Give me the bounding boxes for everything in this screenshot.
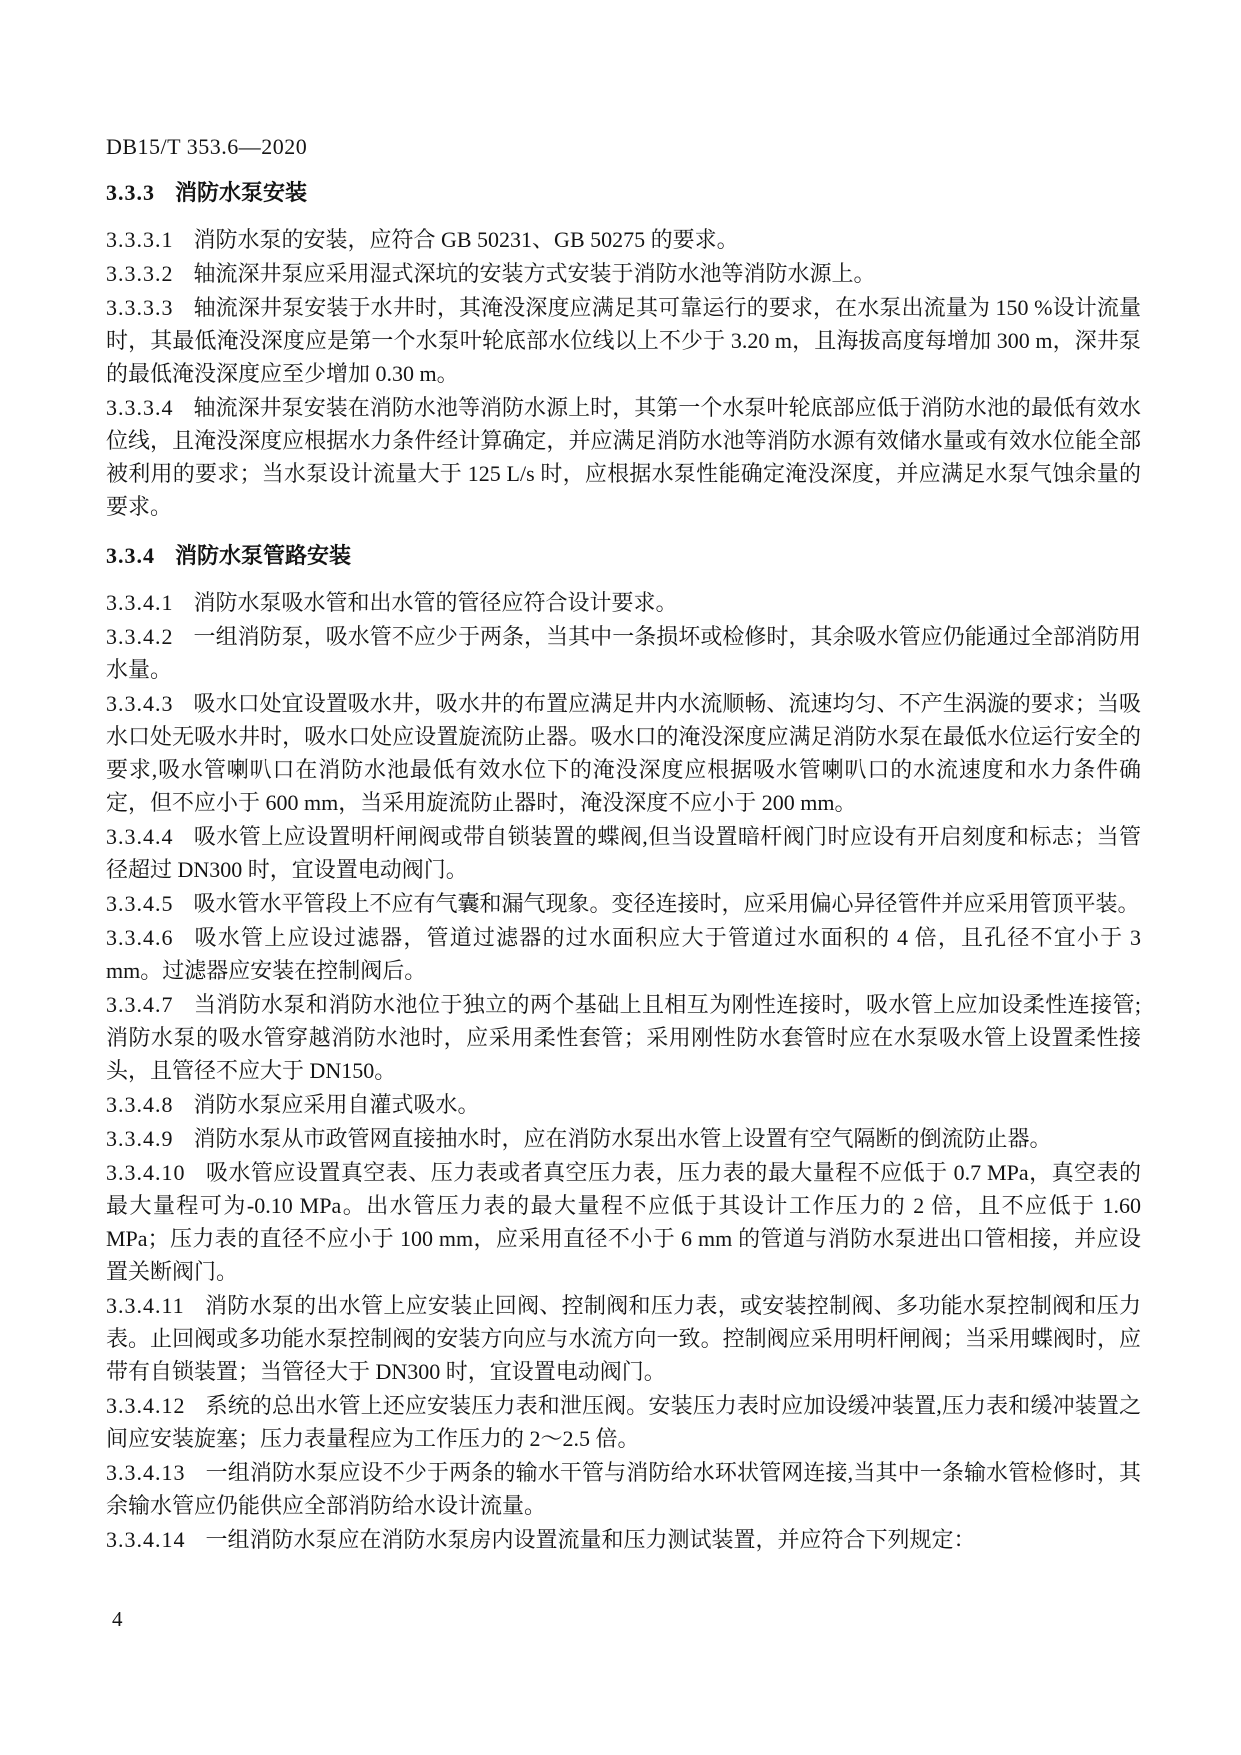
clause: 3.3.4.13一组消防水泵应设不少于两条的输水干管与消防给水环状管网连接,当其…	[106, 1456, 1141, 1522]
clause-text: 轴流深井泵应采用湿式深坑的安装方式安装于消防水池等消防水源上。	[194, 261, 876, 286]
clause-text: 轴流深井泵安装于水井时，其淹没深度应满足其可靠运行的要求，在水泵出流量为 150…	[106, 295, 1141, 386]
section: 3.3.4消防水泵管路安装 3.3.4.1消防水泵吸水管和出水管的管径应符合设计…	[106, 539, 1141, 1556]
clause: 3.3.4.2一组消防泵，吸水管不应少于两条，当其中一条损坏或检修时，其余吸水管…	[106, 620, 1141, 686]
clause: 3.3.3.1消防水泵的安装，应符合 GB 50231、GB 50275 的要求…	[106, 223, 1141, 256]
sections-container: 3.3.3消防水泵安装 3.3.3.1消防水泵的安装，应符合 GB 50231、…	[106, 176, 1141, 1556]
clause: 3.3.4.7当消防水泵和消防水池位于独立的两个基础上且相互为刚性连接时，吸水管…	[106, 988, 1141, 1087]
clause-number: 3.3.3.3	[106, 291, 174, 324]
clause-text: 消防水泵的出水管上应安装止回阀、控制阀和压力表，或安装控制阀、多功能水泵控制阀和…	[106, 1293, 1141, 1384]
page-number: 4	[112, 1606, 123, 1632]
section-number: 3.3.4	[106, 539, 155, 572]
clause-number: 3.3.3.2	[106, 257, 174, 290]
clause-text: 消防水泵从市政管网直接抽水时，应在消防水泵出水管上设置有空气隔断的倒流防止器。	[194, 1126, 1052, 1151]
clause-number: 3.3.4.14	[106, 1523, 186, 1556]
clause-text: 吸水管应设置真空表、压力表或者真空压力表，压力表的最大量程不应低于 0.7 MP…	[106, 1160, 1141, 1284]
clause-text: 一组消防泵，吸水管不应少于两条，当其中一条损坏或检修时，其余吸水管应仍能通过全部…	[106, 624, 1141, 682]
clause-number: 3.3.4.4	[106, 820, 174, 853]
clause-text: 当消防水泵和消防水池位于独立的两个基础上且相互为刚性连接时，吸水管上应加设柔性连…	[106, 992, 1141, 1083]
clause-number: 3.3.4.12	[106, 1389, 186, 1422]
clause-text: 轴流深井泵安装在消防水池等消防水源上时，其第一个水泵叶轮底部应低于消防水池的最低…	[106, 395, 1141, 519]
clause-text: 一组消防水泵应设不少于两条的输水干管与消防给水环状管网连接,当其中一条输水管检修…	[106, 1460, 1141, 1518]
clause: 3.3.4.3吸水口处宜设置吸水井，吸水井的布置应满足井内水流顺畅、流速均匀、不…	[106, 687, 1141, 819]
clause: 3.3.4.11消防水泵的出水管上应安装止回阀、控制阀和压力表，或安装控制阀、多…	[106, 1289, 1141, 1388]
section-heading: 3.3.3消防水泵安装	[106, 176, 1141, 209]
clause-number: 3.3.4.9	[106, 1122, 174, 1155]
clause: 3.3.4.8消防水泵应采用自灌式吸水。	[106, 1088, 1141, 1121]
clause-number: 3.3.4.5	[106, 887, 174, 920]
clause-text: 消防水泵的安装，应符合 GB 50231、GB 50275 的要求。	[194, 227, 739, 252]
document-page: DB15/T 353.6—2020 3.3.3消防水泵安装 3.3.3.1消防水…	[0, 0, 1241, 1755]
clause: 3.3.4.5吸水管水平管段上不应有气囊和漏气现象。变径连接时，应采用偏心异径管…	[106, 887, 1141, 920]
clause-text: 吸水口处宜设置吸水井，吸水井的布置应满足井内水流顺畅、流速均匀、不产生涡漩的要求…	[106, 691, 1141, 815]
clause: 3.3.3.3轴流深井泵安装于水井时，其淹没深度应满足其可靠运行的要求，在水泵出…	[106, 291, 1141, 390]
clause-number: 3.3.4.6	[106, 921, 174, 954]
clause-number: 3.3.3.1	[106, 223, 174, 256]
section: 3.3.3消防水泵安装 3.3.3.1消防水泵的安装，应符合 GB 50231、…	[106, 176, 1141, 523]
clause-number: 3.3.4.2	[106, 620, 174, 653]
clause: 3.3.4.14一组消防水泵应在消防水泵房内设置流量和压力测试装置，并应符合下列…	[106, 1523, 1141, 1556]
clause-number: 3.3.4.1	[106, 586, 174, 619]
clause-number: 3.3.4.8	[106, 1088, 174, 1121]
clause-text: 系统的总出水管上还应安装压力表和泄压阀。安装压力表时应加设缓冲装置,压力表和缓冲…	[106, 1393, 1141, 1451]
clause-text: 消防水泵应采用自灌式吸水。	[194, 1092, 480, 1117]
clause: 3.3.3.2轴流深井泵应采用湿式深坑的安装方式安装于消防水池等消防水源上。	[106, 257, 1141, 290]
clauses: 3.3.4.1消防水泵吸水管和出水管的管径应符合设计要求。 3.3.4.2一组消…	[106, 586, 1141, 1556]
clause: 3.3.4.10吸水管应设置真空表、压力表或者真空压力表，压力表的最大量程不应低…	[106, 1156, 1141, 1288]
clause: 3.3.4.12系统的总出水管上还应安装压力表和泄压阀。安装压力表时应加设缓冲装…	[106, 1389, 1141, 1455]
section-title: 消防水泵安装	[175, 180, 307, 205]
clause-number: 3.3.3.4	[106, 391, 174, 424]
document-code: DB15/T 353.6—2020	[106, 134, 1141, 160]
clause: 3.3.4.4吸水管上应设置明杆闸阀或带自锁装置的蝶阀,但当设置暗杆阀门时应设有…	[106, 820, 1141, 886]
clause-number: 3.3.4.10	[106, 1156, 186, 1189]
clause-number: 3.3.4.7	[106, 988, 174, 1021]
section-heading: 3.3.4消防水泵管路安装	[106, 539, 1141, 572]
clauses: 3.3.3.1消防水泵的安装，应符合 GB 50231、GB 50275 的要求…	[106, 223, 1141, 523]
section-number: 3.3.3	[106, 176, 155, 209]
clause: 3.3.4.1消防水泵吸水管和出水管的管径应符合设计要求。	[106, 586, 1141, 619]
clause-number: 3.3.4.11	[106, 1289, 185, 1322]
clause-number: 3.3.4.3	[106, 687, 174, 720]
page-content: DB15/T 353.6—2020 3.3.3消防水泵安装 3.3.3.1消防水…	[106, 134, 1141, 1557]
clause-text: 吸水管上应设过滤器，管道过滤器的过水面积应大于管道过水面积的 4 倍，且孔径不宜…	[106, 925, 1141, 983]
clause-text: 吸水管水平管段上不应有气囊和漏气现象。变径连接时，应采用偏心异径管件并应采用管顶…	[194, 891, 1140, 916]
clause-text: 消防水泵吸水管和出水管的管径应符合设计要求。	[194, 590, 678, 615]
clause: 3.3.4.6吸水管上应设过滤器，管道过滤器的过水面积应大于管道过水面积的 4 …	[106, 921, 1141, 987]
clause-number: 3.3.4.13	[106, 1456, 186, 1489]
clause: 3.3.4.9消防水泵从市政管网直接抽水时，应在消防水泵出水管上设置有空气隔断的…	[106, 1122, 1141, 1155]
section-title: 消防水泵管路安装	[175, 543, 351, 568]
clause-text: 一组消防水泵应在消防水泵房内设置流量和压力测试装置，并应符合下列规定：	[206, 1527, 976, 1552]
clause-text: 吸水管上应设置明杆闸阀或带自锁装置的蝶阀,但当设置暗杆阀门时应设有开启刻度和标志…	[106, 824, 1141, 882]
clause: 3.3.3.4轴流深井泵安装在消防水池等消防水源上时，其第一个水泵叶轮底部应低于…	[106, 391, 1141, 523]
